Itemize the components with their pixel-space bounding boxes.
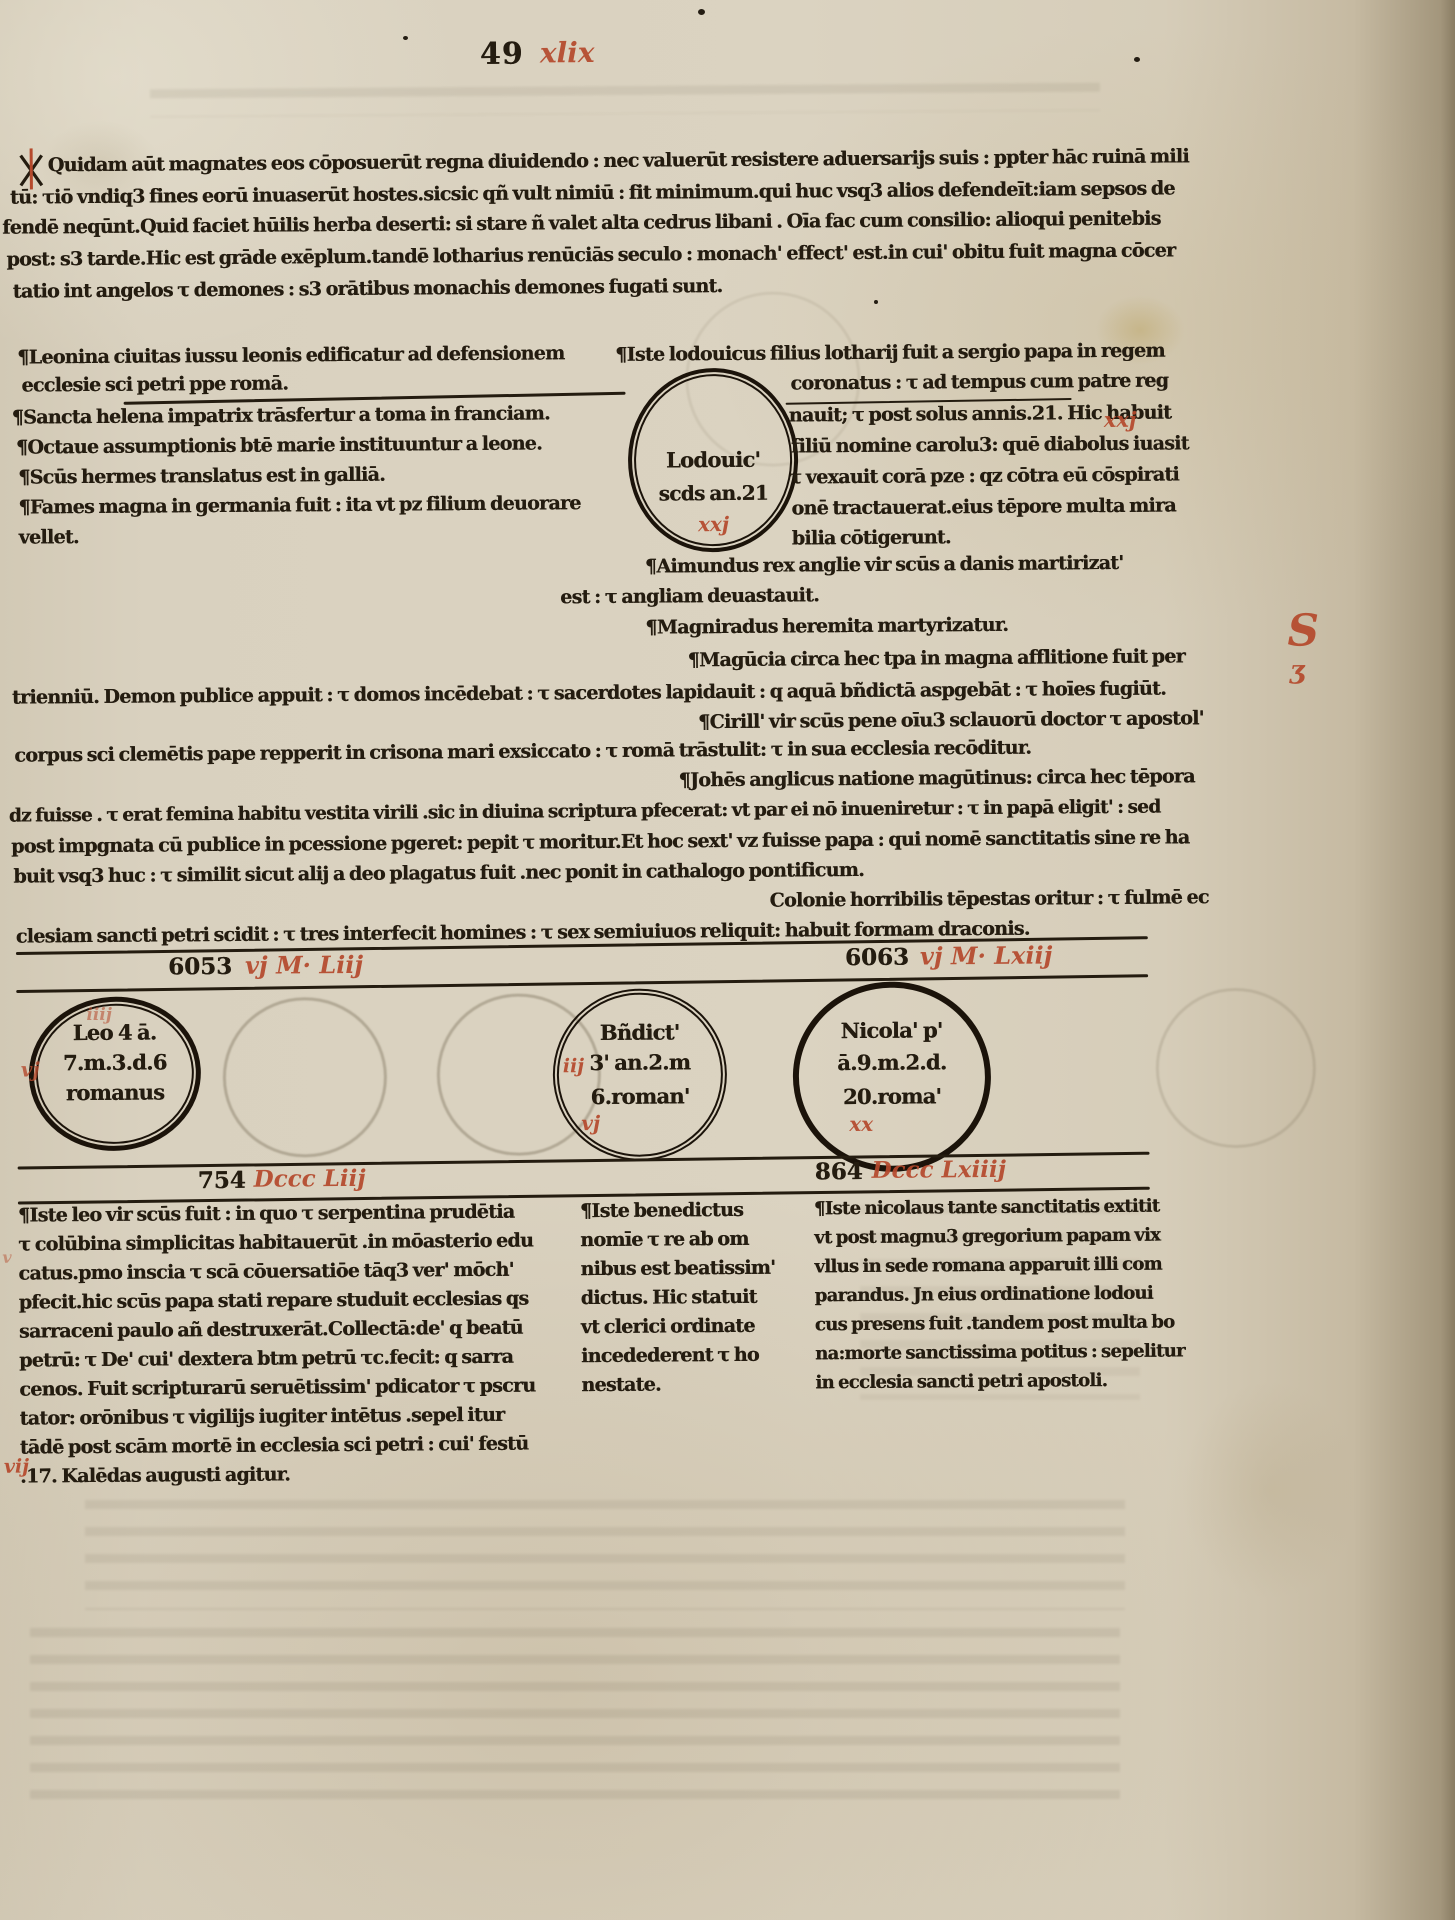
column-line: ¶Iste leo vir scūs fuit : in quo τ serpe… — [18, 1202, 515, 1228]
entry-line: buit vsq3 huc : τ similit sicut alij a d… — [13, 860, 864, 889]
column-line: incedederent τ ho — [581, 1345, 759, 1368]
intro-line: post: s3 tarde.Hic est grāde exēplum.tan… — [6, 240, 1175, 271]
column-line: .17. Kalēdas augusti agitur. — [20, 1464, 290, 1488]
intro-line: fendē neqūnt.Quid faciet hūilis herba de… — [2, 209, 1161, 240]
margin-rubric: vij — [4, 1457, 29, 1476]
column-line: sarraceni paulo añ destruxerāt.Collectā:… — [19, 1318, 523, 1344]
circle-label: 7.m.3.d.6 — [31, 1050, 199, 1075]
margin-rubric: xxj — [1104, 409, 1137, 430]
intro-line: Quidam aūt magnates eos cōposuerūt regna… — [48, 146, 1189, 177]
margin-rubric-squiggle: ʒ — [1290, 657, 1305, 683]
ghost-circle — [1155, 987, 1316, 1148]
entry-line: ¶Octaue assumptionis btē marie instituun… — [16, 433, 542, 459]
column-line: pfecit.hic scūs papa stati repare studui… — [19, 1289, 529, 1315]
circle-label: 6.roman' — [555, 1084, 725, 1109]
column-line: ¶Iste nicolaus tante sanctitatis extitit — [814, 1197, 1160, 1220]
narrative-line: coronatus : τ ad tempus cum patre reg — [790, 371, 1168, 396]
margin-rubric-faint: v — [2, 1250, 11, 1266]
narrative-line: ¶Iste lodouicus filius lotharij fuit a s… — [615, 341, 1165, 367]
column-line: τ colūbina simplicitas habitauerūt .in m… — [18, 1231, 533, 1257]
era-year: 754 — [198, 1168, 246, 1195]
circle-label: Bñdict' — [554, 1020, 724, 1045]
column-line: ¶Iste benedictus — [580, 1200, 743, 1223]
column-line: in ecclesia sancti petri apostoli. — [815, 1371, 1107, 1394]
narrative-line: bilia cōtigerunt. — [792, 527, 951, 550]
era-year-rubric: vj M· Lxiij — [920, 943, 1053, 968]
folio-number-roman-rubric: xlix — [540, 39, 595, 67]
column-line: tādē post scām mortē in ecclesia sci pet… — [20, 1434, 529, 1460]
era-year: 864 — [815, 1159, 863, 1186]
entry-line: ecclesie sci petri ppe romā. — [21, 373, 288, 397]
era-year-rubric: Dccc Liij — [254, 1167, 366, 1191]
circle-rubric: xx — [849, 1114, 873, 1134]
circle-label: 3' an.2.m — [555, 1050, 725, 1075]
entry-line: ¶Aimundus rex anglie vir scūs a danis ma… — [645, 553, 1124, 579]
entry-line: ¶Sancta helena impatrix trāsfertur a tom… — [12, 403, 550, 429]
circle-label: Nicola' p' — [794, 1018, 988, 1044]
entry-line: post impgnata cū publice in pcessione pg… — [11, 827, 1189, 858]
circle-label: romanus — [31, 1080, 199, 1105]
circle-label: 20.roma' — [795, 1084, 989, 1110]
column-line: catus.pmo inscia τ scā cōuersatiōe tāq3 … — [18, 1260, 513, 1286]
pope-circle-nicola — [790, 979, 993, 1174]
era-year-rubric: Dccc Lxiiij — [872, 1158, 1007, 1182]
narrative-line: onē tractauerat.eius tēpore multa mira — [791, 495, 1176, 520]
circle-rubric: vj — [581, 1113, 600, 1133]
era-year-rubric: vj M· Liij — [245, 953, 363, 978]
circle-label: Lodouic' — [628, 447, 798, 472]
entry-line: ¶Leonina ciuitas iussu leonis edificatur… — [17, 343, 564, 369]
narrative-line: filiū nomine carolu3: quē diabolus iuasi… — [791, 433, 1189, 458]
column-line: parandus. Jn eius ordinatione lodoui — [815, 1284, 1153, 1307]
entry-line: est : τ angliam deuastauit. — [560, 585, 819, 609]
entry-line: ¶Cirill' vir scūs pene oīu3 sclauorū doc… — [698, 708, 1204, 734]
intro-line: tatio int angelos τ demones : s3 orātibu… — [13, 276, 723, 303]
era-year: 6053 — [168, 954, 232, 981]
column-line: cenos. Fuit scripturarū seruētissim' pdi… — [19, 1376, 535, 1402]
entry-line: trienniū. Demon publice appuit : τ domos… — [12, 679, 1166, 710]
page-content: 49 xlix Quidam aūt magnates eos cōposuer… — [0, 0, 1455, 1920]
column-line: nibus est beatissim' — [580, 1258, 775, 1281]
era-year: 6063 — [845, 945, 909, 972]
entry-line: ¶Magniradus heremita martyrizatur. — [645, 615, 1008, 640]
entry-line: ¶Johēs anglicus natione magūtinus: circa… — [679, 766, 1195, 792]
paraph-mark-icon — [16, 145, 46, 191]
circle-rubric: xxj — [629, 513, 799, 534]
narrative-line: τ vexauit corā pze : qz cōtra eū cōspira… — [789, 464, 1179, 489]
column-line: dictus. Hic statuit — [581, 1287, 757, 1310]
circle-label: ā.9.m.2.d. — [795, 1050, 989, 1076]
intro-line: tū: τiō vndiq3 fines eorū inuaserūt host… — [10, 178, 1175, 209]
column-line: cus presens fuit .tandem post multa bo — [815, 1312, 1175, 1336]
ghost-circle — [222, 997, 387, 1158]
column-line: vllus in sede romana apparuit illi com — [814, 1255, 1162, 1278]
column-line: vt post magnu3 gregorium papam vix — [814, 1226, 1160, 1249]
circle-label: scds an.21 — [628, 481, 798, 505]
folio-number: 49 — [480, 38, 524, 73]
entry-line: vellet. — [19, 527, 79, 549]
column-line: vt clerici ordinate — [581, 1316, 755, 1339]
margin-rubric-flourish: S — [1287, 609, 1319, 653]
entry-line: Colonie horribilis tēpestas oritur : τ f… — [769, 887, 1208, 912]
column-line: nestate. — [581, 1375, 661, 1397]
entry-line: ¶Fames magna in germania fuit : ita vt p… — [18, 493, 580, 519]
entry-line: dz fuisse . τ erat femina habitu vestita… — [9, 797, 1161, 827]
column-line: nomīe τ re ab om — [580, 1229, 749, 1252]
incunable-page: 49 xlix Quidam aūt magnates eos cōposuer… — [0, 0, 1455, 1920]
entry-line: ¶Scūs hermes translatus est in galliā. — [18, 465, 385, 490]
column-line: tator: orōnibus τ vigilijs iugiter intēt… — [20, 1405, 505, 1431]
circle-label: Leo 4 ā. — [30, 1020, 198, 1045]
column-line: na:morte sanctissima potitus : sepelitur — [815, 1341, 1185, 1365]
column-line: petrū: τ De' cui' dextera btm petrū τc.f… — [19, 1347, 513, 1373]
entry-line: ¶Magūcia circa hec tpa in magna afflitio… — [688, 646, 1185, 672]
entry-line: corpus sci clemētis pape repperit in cri… — [14, 738, 1031, 768]
